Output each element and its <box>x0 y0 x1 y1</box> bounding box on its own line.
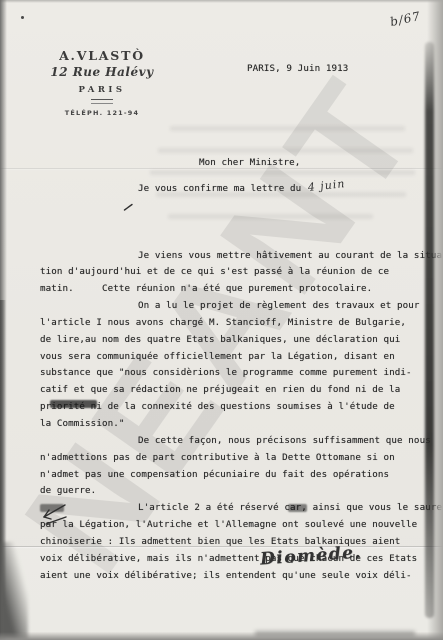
body-line: Je viens vous mettre hâtivement au coura… <box>40 248 425 265</box>
body-line: substance que "nous considèrions le prog… <box>40 365 425 382</box>
ink-smudge <box>288 504 307 512</box>
scan-speck <box>21 16 24 19</box>
body-line: vous sera communiquée officiellement par… <box>40 349 425 366</box>
scan-corner-shadow <box>0 542 28 640</box>
scanned-letter-page: NEANT A.VLASTÒ 12 Rue Halévy PARIS TÉLÉP… <box>0 0 443 640</box>
opening-typed-text: Je vous confirme ma lettre du <box>138 183 301 194</box>
body-line: la Commission." <box>40 416 425 433</box>
letterhead-city: PARIS <box>42 85 162 95</box>
body-line: matin. Cette réunion n'a été que puremen… <box>40 281 425 298</box>
body-line: On a lu le projet de règlement des trava… <box>40 298 425 315</box>
salutation: Mon cher Ministre, <box>199 157 300 168</box>
date-line: PARIS, 9 Juin 1913 <box>247 63 348 74</box>
letterhead-ornament-rule <box>91 99 113 104</box>
opening-line: Je vous confirme ma lettre du 4 juin <box>138 181 346 194</box>
body-line: n'admet pas une compensation pécuniaire … <box>40 467 425 484</box>
body-line: priorité ni de la connexité des question… <box>40 399 425 416</box>
body-line: de guerre. <box>40 483 425 500</box>
body-line: par la Légation, l'Autriche et l'Allemag… <box>40 517 425 534</box>
scan-edge-top <box>0 0 443 3</box>
bleedthrough-line <box>150 170 415 175</box>
body-line: tion d'aujourd'hui et de ce qui s'est pa… <box>40 264 425 281</box>
fold-crease <box>0 168 443 169</box>
bleedthrough-line <box>158 148 413 153</box>
letterhead-name: A.VLASTÒ <box>42 48 162 63</box>
bleedthrough-line <box>170 126 405 131</box>
scan-edge-streak <box>425 42 434 618</box>
body-line: catif et que sa rédaction ne préjugeait … <box>40 382 425 399</box>
body-line: voix délibérative, mais ils n'admettent … <box>40 551 425 568</box>
body-line: l'article I nous avons chargé M. Stancio… <box>40 315 425 332</box>
handwritten-date: 4 juin <box>308 177 347 194</box>
letter-body: Je viens vous mettre hâtivement au coura… <box>40 197 425 584</box>
scan-edge-bottom <box>0 632 443 640</box>
letterhead-address: 12 Rue Halévy <box>42 65 162 79</box>
body-line: chinoiserie : Ils admettent bien que les… <box>40 534 425 551</box>
body-line: De cette façon, nous précisons suffisamm… <box>40 433 425 450</box>
body-line: n'admettions pas de part contributive à … <box>40 450 425 467</box>
body-line: de lire,au nom des quatre Etats balkaniq… <box>40 332 425 349</box>
letterhead: A.VLASTÒ 12 Rue Halévy PARIS TÉLÉPH. 121… <box>42 48 162 117</box>
ink-smudge <box>50 400 97 408</box>
archival-annotation: b/67 <box>389 9 422 29</box>
body-line: L'article 2 a été réservé car, ainsi que… <box>40 500 425 517</box>
body-line: aient une voix délibérative; ils entende… <box>40 568 425 585</box>
margin-check-icon <box>37 501 69 528</box>
letterhead-phone: TÉLÉPH. 121-94 <box>42 109 162 117</box>
